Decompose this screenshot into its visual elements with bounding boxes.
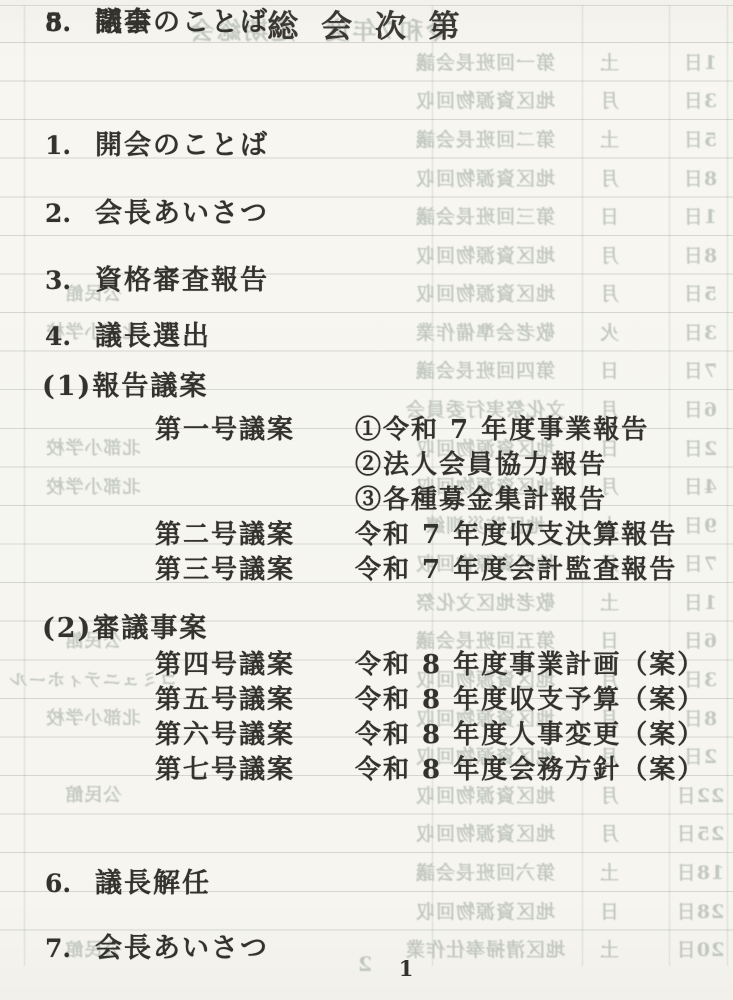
page-number: 1 [386,956,426,981]
agenda-item-label: 閉会のことば [95,0,269,39]
agenda-item: 8. 閉会のことば [45,0,269,39]
scanned-document-page: 令和7年度 定期総会 1日 土 第一回班長会議 3日 月 地区資源物回収 [0,0,733,1000]
agenda-item-number: 7. [45,934,95,963]
agenda-document: 総 会 次 第 1. 開会のことば 2. 会長あいさつ 3. 資格審査報告 [0,0,733,1000]
agenda-items-bottom: 6. 議長解任 7. 会長あいさつ 8. 閉会のことば [0,0,733,1000]
agenda-item: 6. 議長解任 [45,861,211,900]
agenda-item-label: 会長あいさつ [95,926,269,965]
agenda-item: 7. 会長あいさつ [45,926,269,965]
agenda-item-number: 6. [45,869,95,898]
agenda-item-label: 議長解任 [95,861,211,900]
agenda-item-number: 8. [45,8,95,37]
